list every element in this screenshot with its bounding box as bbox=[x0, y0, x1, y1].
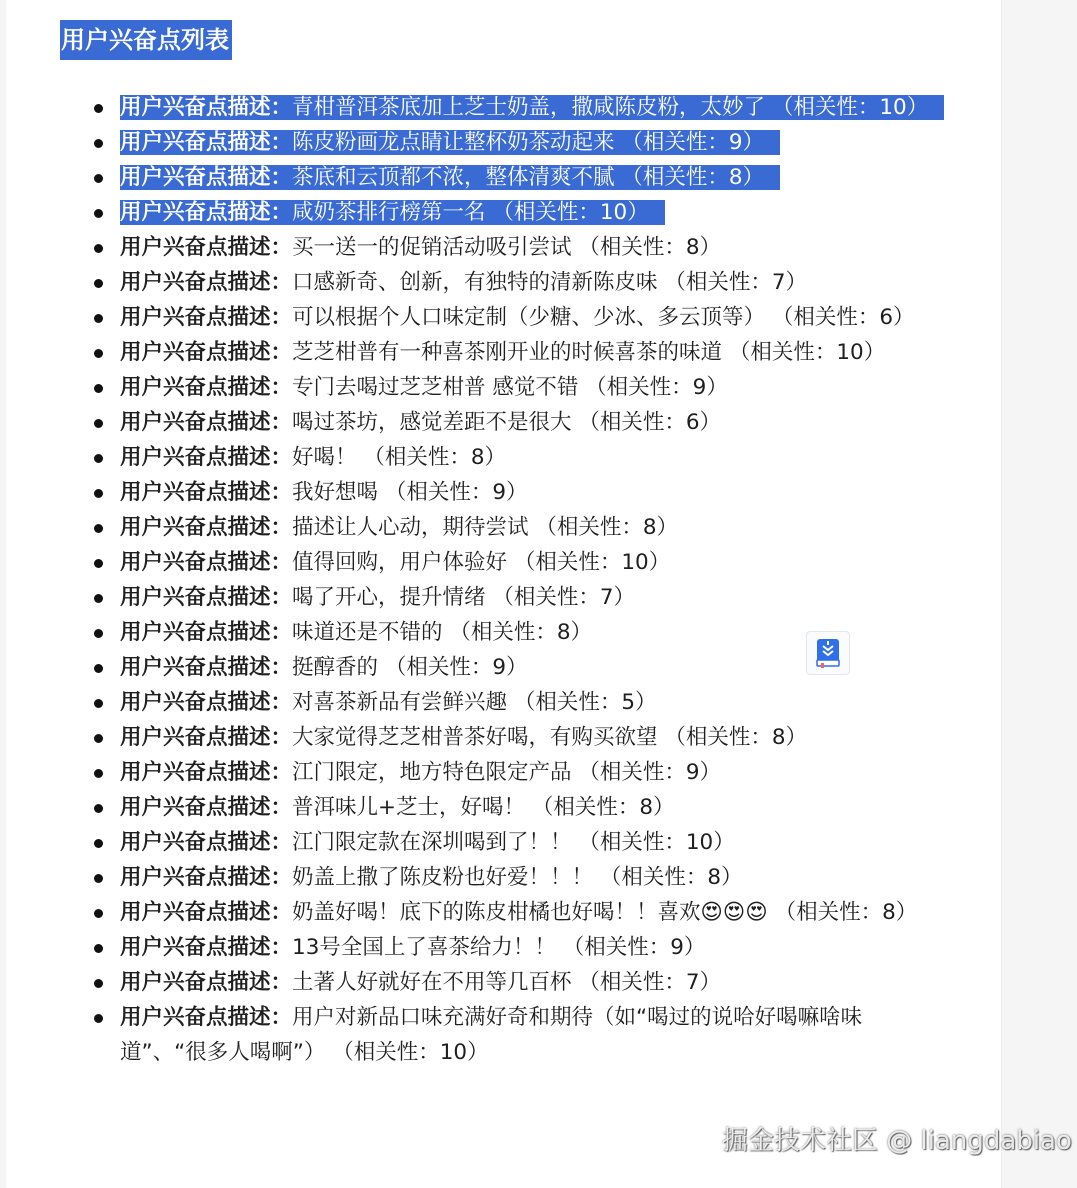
list-item: 用户兴奋点描述：用户对新品口味充满好奇和期待（如“喝过的说哈好喝嘛啥味道”、“很… bbox=[86, 1000, 946, 1070]
bullet-icon bbox=[94, 699, 103, 708]
bullet-icon bbox=[94, 839, 103, 848]
item-text: 用户兴奋点描述：大家觉得芝芝柑普茶好喝，有购买欲望 （相关性：8） bbox=[120, 725, 823, 750]
list-item: 用户兴奋点描述：喝过茶坊，感觉差距不是很大 （相关性：6） bbox=[86, 405, 946, 440]
item-text: 用户兴奋点描述：喝了开心，提升情绪 （相关性：7） bbox=[120, 585, 651, 610]
bullet-icon bbox=[94, 874, 103, 883]
item-label: 用户兴奋点描述： bbox=[120, 200, 292, 225]
list-item: 用户兴奋点描述：好喝！ （相关性：8） bbox=[86, 440, 946, 475]
list-item: 用户兴奋点描述：芝芝柑普有一种喜茶刚开业的时候喜茶的味道 （相关性：10） bbox=[86, 335, 946, 370]
floating-book-button[interactable] bbox=[806, 631, 850, 675]
list-item: 用户兴奋点描述：茶底和云顶都不浓，整体清爽不腻 （相关性：8） bbox=[86, 160, 946, 195]
list-item: 用户兴奋点描述：陈皮粉画龙点睛让整杯奶茶动起来 （相关性：9） bbox=[86, 125, 946, 160]
bullet-icon bbox=[94, 734, 103, 743]
item-label: 用户兴奋点描述： bbox=[120, 620, 292, 645]
item-description: 喝了开心，提升情绪 （相关性：7） bbox=[292, 585, 635, 610]
bullet-icon bbox=[94, 139, 103, 148]
bullet-icon bbox=[94, 944, 103, 953]
item-description: 土著人好就好在不用等几百杯 （相关性：7） bbox=[292, 970, 721, 995]
item-label: 用户兴奋点描述： bbox=[120, 480, 292, 505]
item-description: 咸奶茶排行榜第一名 （相关性：10） bbox=[292, 200, 649, 225]
bullet-icon bbox=[94, 244, 103, 253]
bullet-icon bbox=[94, 559, 103, 568]
item-text: 用户兴奋点描述：好喝！ （相关性：8） bbox=[120, 445, 522, 470]
list-item: 用户兴奋点描述：江门限定款在深圳喝到了！！ （相关性：10） bbox=[86, 825, 946, 860]
item-description: 对喜茶新品有尝鲜兴趣 （相关性：5） bbox=[292, 690, 657, 715]
item-label: 用户兴奋点描述： bbox=[120, 550, 292, 575]
item-description: 喝过茶坊，感觉差距不是很大 （相关性：6） bbox=[292, 410, 721, 435]
bullet-icon bbox=[94, 1014, 103, 1023]
bullet-icon bbox=[94, 804, 103, 813]
bullet-icon bbox=[94, 279, 103, 288]
list-item: 用户兴奋点描述：奶盖好喝！底下的陈皮柑橘也好喝！！喜欢😍😍😍 （相关性：8） bbox=[86, 895, 946, 930]
bullet-icon bbox=[94, 769, 103, 778]
item-description: 普洱味儿+芝士，好喝！ （相关性：8） bbox=[292, 795, 675, 820]
item-label: 用户兴奋点描述： bbox=[120, 865, 292, 890]
item-label: 用户兴奋点描述： bbox=[120, 585, 292, 610]
item-description: 可以根据个人口味定制（少糖、少冰、多云顶等） （相关性：6） bbox=[292, 305, 915, 330]
item-description: 陈皮粉画龙点睛让整杯奶茶动起来 （相关性：9） bbox=[292, 130, 764, 155]
item-label: 用户兴奋点描述： bbox=[120, 725, 292, 750]
item-label: 用户兴奋点描述： bbox=[120, 340, 292, 365]
item-text: 用户兴奋点描述：挺醇香的 （相关性：9） bbox=[120, 655, 544, 680]
item-label: 用户兴奋点描述： bbox=[120, 900, 292, 925]
item-text: 用户兴奋点描述：买一送一的促销活动吸引尝试 （相关性：8） bbox=[120, 235, 737, 260]
item-text: 用户兴奋点描述：可以根据个人口味定制（少糖、少冰、多云顶等） （相关性：6） bbox=[120, 305, 931, 330]
item-text: 用户兴奋点描述：对喜茶新品有尝鲜兴趣 （相关性：5） bbox=[120, 690, 673, 715]
item-label: 用户兴奋点描述： bbox=[120, 760, 292, 785]
item-label: 用户兴奋点描述： bbox=[120, 970, 292, 995]
list-item: 用户兴奋点描述：咸奶茶排行榜第一名 （相关性：10） bbox=[86, 195, 946, 230]
item-text: 用户兴奋点描述：用户对新品口味充满好奇和期待（如“喝过的说哈好喝嘛啥味道”、“很… bbox=[120, 1005, 862, 1065]
item-description: 专门去喝过芝芝柑普 感觉不错 （相关性：9） bbox=[292, 375, 728, 400]
item-description: 味道还是不错的 （相关性：8） bbox=[292, 620, 592, 645]
item-text: 用户兴奋点描述：茶底和云顶都不浓，整体清爽不腻 （相关性：8） bbox=[120, 165, 780, 190]
list-item: 用户兴奋点描述：描述让人心动，期待尝试 （相关性：8） bbox=[86, 510, 946, 545]
page-title: 用户兴奋点列表 bbox=[60, 20, 232, 60]
item-description: 我好想喝 （相关性：9） bbox=[292, 480, 528, 505]
item-description: 值得回购，用户体验好 （相关性：10） bbox=[292, 550, 670, 575]
list-item: 用户兴奋点描述：我好想喝 （相关性：9） bbox=[86, 475, 946, 510]
document-page: 用户兴奋点列表 用户兴奋点描述：青柑普洱茶底加上芝士奶盖，撒咸陈皮粉，太妙了 （… bbox=[6, 0, 1002, 1188]
item-text: 用户兴奋点描述：我好想喝 （相关性：9） bbox=[120, 480, 544, 505]
list-item: 用户兴奋点描述：喝了开心，提升情绪 （相关性：7） bbox=[86, 580, 946, 615]
item-description: 好喝！ （相关性：8） bbox=[292, 445, 506, 470]
item-text: 用户兴奋点描述：江门限定，地方特色限定产品 （相关性：9） bbox=[120, 760, 737, 785]
item-label: 用户兴奋点描述： bbox=[120, 95, 292, 120]
list-item: 用户兴奋点描述：江门限定，地方特色限定产品 （相关性：9） bbox=[86, 755, 946, 790]
list-item: 用户兴奋点描述：专门去喝过芝芝柑普 感觉不错 （相关性：9） bbox=[86, 370, 946, 405]
bullet-icon bbox=[94, 349, 103, 358]
item-description: 茶底和云顶都不浓，整体清爽不腻 （相关性：8） bbox=[292, 165, 764, 190]
list-item: 用户兴奋点描述：买一送一的促销活动吸引尝试 （相关性：8） bbox=[86, 230, 946, 265]
item-text: 用户兴奋点描述：普洱味儿+芝士，好喝！ （相关性：8） bbox=[120, 795, 691, 820]
bullet-icon bbox=[94, 594, 103, 603]
item-text: 用户兴奋点描述：13号全国上了喜茶给力！！ （相关性：9） bbox=[120, 935, 721, 960]
list-item: 用户兴奋点描述：口感新奇、创新，有独特的清新陈皮味 （相关性：7） bbox=[86, 265, 946, 300]
list-item: 用户兴奋点描述：值得回购，用户体验好 （相关性：10） bbox=[86, 545, 946, 580]
item-label: 用户兴奋点描述： bbox=[120, 235, 292, 260]
list-item: 用户兴奋点描述：奶盖上撒了陈皮粉也好爱！！！ （相关性：8） bbox=[86, 860, 946, 895]
item-label: 用户兴奋点描述： bbox=[120, 270, 292, 295]
item-description: 江门限定，地方特色限定产品 （相关性：9） bbox=[292, 760, 721, 785]
bullet-icon bbox=[94, 209, 103, 218]
item-text: 用户兴奋点描述：喝过茶坊，感觉差距不是很大 （相关性：6） bbox=[120, 410, 737, 435]
item-text: 用户兴奋点描述：奶盖上撒了陈皮粉也好爱！！！ （相关性：8） bbox=[120, 865, 759, 890]
item-label: 用户兴奋点描述： bbox=[120, 305, 292, 330]
item-label: 用户兴奋点描述： bbox=[120, 795, 292, 820]
bullet-icon bbox=[94, 384, 103, 393]
item-description: 青柑普洱茶底加上芝士奶盖，撒咸陈皮粉，太妙了 （相关性：10） bbox=[292, 95, 928, 120]
item-text: 用户兴奋点描述：值得回购，用户体验好 （相关性：10） bbox=[120, 550, 686, 575]
bullet-icon bbox=[94, 979, 103, 988]
list-item: 用户兴奋点描述：13号全国上了喜茶给力！！ （相关性：9） bbox=[86, 930, 946, 965]
item-text: 用户兴奋点描述：芝芝柑普有一种喜茶刚开业的时候喜茶的味道 （相关性：10） bbox=[120, 340, 901, 365]
list-item: 用户兴奋点描述：土著人好就好在不用等几百杯 （相关性：7） bbox=[86, 965, 946, 1000]
list-item: 用户兴奋点描述：大家觉得芝芝柑普茶好喝，有购买欲望 （相关性：8） bbox=[86, 720, 946, 755]
bullet-icon bbox=[94, 454, 103, 463]
item-label: 用户兴奋点描述： bbox=[120, 515, 292, 540]
bullet-icon bbox=[94, 104, 103, 113]
item-description: 芝芝柑普有一种喜茶刚开业的时候喜茶的味道 （相关性：10） bbox=[292, 340, 885, 365]
item-text: 用户兴奋点描述：口感新奇、创新，有独特的清新陈皮味 （相关性：7） bbox=[120, 270, 823, 295]
list-item: 用户兴奋点描述：可以根据个人口味定制（少糖、少冰、多云顶等） （相关性：6） bbox=[86, 300, 946, 335]
item-label: 用户兴奋点描述： bbox=[120, 445, 292, 470]
item-label: 用户兴奋点描述： bbox=[120, 375, 292, 400]
item-text: 用户兴奋点描述：陈皮粉画龙点睛让整杯奶茶动起来 （相关性：9） bbox=[120, 130, 780, 155]
list-item: 用户兴奋点描述：青柑普洱茶底加上芝士奶盖，撒咸陈皮粉，太妙了 （相关性：10） bbox=[86, 90, 946, 125]
item-label: 用户兴奋点描述： bbox=[120, 690, 292, 715]
item-description: 口感新奇、创新，有独特的清新陈皮味 （相关性：7） bbox=[292, 270, 807, 295]
item-description: 奶盖上撒了陈皮粉也好爱！！！ （相关性：8） bbox=[292, 865, 743, 890]
item-label: 用户兴奋点描述： bbox=[120, 655, 292, 680]
bullet-icon bbox=[94, 664, 103, 673]
item-text: 用户兴奋点描述：江门限定款在深圳喝到了！！ （相关性：10） bbox=[120, 830, 751, 855]
item-description: 13号全国上了喜茶给力！！ （相关性：9） bbox=[292, 935, 705, 960]
bullet-icon bbox=[94, 489, 103, 498]
list-item: 用户兴奋点描述：对喜茶新品有尝鲜兴趣 （相关性：5） bbox=[86, 685, 946, 720]
bullet-icon bbox=[94, 909, 103, 918]
item-description: 奶盖好喝！底下的陈皮柑橘也好喝！！喜欢😍😍😍 （相关性：8） bbox=[292, 900, 917, 925]
item-text: 用户兴奋点描述：味道还是不错的 （相关性：8） bbox=[120, 620, 608, 645]
item-label: 用户兴奋点描述： bbox=[120, 130, 292, 155]
bullet-icon bbox=[94, 524, 103, 533]
item-text: 用户兴奋点描述：奶盖好喝！底下的陈皮柑橘也好喝！！喜欢😍😍😍 （相关性：8） bbox=[120, 900, 933, 925]
bullet-icon bbox=[94, 419, 103, 428]
list-item: 用户兴奋点描述：普洱味儿+芝士，好喝！ （相关性：8） bbox=[86, 790, 946, 825]
item-label: 用户兴奋点描述： bbox=[120, 935, 292, 960]
item-description: 挺醇香的 （相关性：9） bbox=[292, 655, 528, 680]
item-text: 用户兴奋点描述：描述让人心动，期待尝试 （相关性：8） bbox=[120, 515, 694, 540]
item-description: 大家觉得芝芝柑普茶好喝，有购买欲望 （相关性：8） bbox=[292, 725, 807, 750]
bullet-icon bbox=[94, 629, 103, 638]
item-label: 用户兴奋点描述： bbox=[120, 830, 292, 855]
item-text: 用户兴奋点描述：专门去喝过芝芝柑普 感觉不错 （相关性：9） bbox=[120, 375, 744, 400]
item-description: 描述让人心动，期待尝试 （相关性：8） bbox=[292, 515, 678, 540]
item-description: 买一送一的促销活动吸引尝试 （相关性：8） bbox=[292, 235, 721, 260]
bullet-icon bbox=[94, 174, 103, 183]
excitement-point-list: 用户兴奋点描述：青柑普洱茶底加上芝士奶盖，撒咸陈皮粉，太妙了 （相关性：10）用… bbox=[86, 90, 946, 1070]
item-text: 用户兴奋点描述：咸奶茶排行榜第一名 （相关性：10） bbox=[120, 200, 665, 225]
item-text: 用户兴奋点描述：青柑普洱茶底加上芝士奶盖，撒咸陈皮粉，太妙了 （相关性：10） bbox=[120, 95, 944, 120]
item-text: 用户兴奋点描述：土著人好就好在不用等几百杯 （相关性：7） bbox=[120, 970, 737, 995]
item-label: 用户兴奋点描述： bbox=[120, 410, 292, 435]
item-label: 用户兴奋点描述： bbox=[120, 1005, 292, 1030]
item-description: 江门限定款在深圳喝到了！！ （相关性：10） bbox=[292, 830, 735, 855]
item-label: 用户兴奋点描述： bbox=[120, 165, 292, 190]
book-download-icon bbox=[813, 637, 843, 669]
bullet-icon bbox=[94, 314, 103, 323]
